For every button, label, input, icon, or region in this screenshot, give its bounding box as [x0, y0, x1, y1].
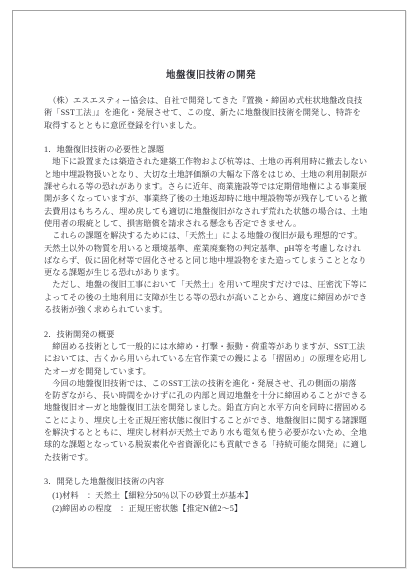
text-line: 天然土以外の物質を用いると環境基準、産業廃棄物の判定基準、pH等を考慮しなけれ — [44, 243, 378, 255]
text-line: 地盤復旧オーガと地盤復旧工法を開発しました。鉛直方向と水平方向を同時に摺固める — [44, 402, 378, 414]
text-line: た技術です。 — [44, 452, 378, 464]
text-line: （株）エスエスティー協会は、自社で開発してきた『置換・締固め式柱状地盤改良技 — [44, 95, 378, 107]
list-item: (2)締固めの程度 ：正規圧密状態【推定N値2～5】 — [44, 502, 378, 515]
text-line: を防ぎながら、長い時間をかけずに孔の内部と周辺地盤を十分に締固めることができる — [44, 390, 378, 402]
document-body: （株）エスエスティー協会は、自社で開発してきた『置換・締固め式柱状地盤改良技術「… — [44, 95, 378, 515]
document-page: 地盤復旧技術の開発 （株）エスエスティー協会は、自社で開発してきた『置換・締固め… — [12, 10, 406, 568]
text-line: ただし、地盤の復旧工事において「天然土」を用いて埋戻すだけでは、圧密沈下等に — [44, 279, 378, 291]
text-line: たオーガを開発しています。 — [44, 366, 378, 378]
text-line: 今回の地盤復旧技術では、このSST工法の技術を進化・発展させ、孔の側面の崩落 — [44, 378, 378, 390]
text-line: 使用者の瑕疵として、損害賠償を請求される懸念も否定できません。 — [44, 218, 378, 230]
text-line: る技術が強く求められています。 — [44, 304, 378, 316]
text-line: 球的な課題となっている脱炭素化や省資源化にも貢献できる「持続可能な開発」に適し — [44, 439, 378, 451]
section-heading: 1．地盤復旧技術の必要性と課題 — [44, 144, 378, 156]
text-line: 締固める技術として一般的には水締め・打撃・振動・荷重等がありますが、SST工法 — [44, 341, 378, 353]
text-line: 去費用はもちろん、埋め戻しても適切に地盤復旧がなされず荒れた状態の場合は、土地 — [44, 206, 378, 218]
text-line: よってその後の土地利用に支障が生じる等の恐れが高いことから、適度に締固めができ — [44, 292, 378, 304]
list-item: (1)材料 ：天然土【細粒分50％以下の砂質土が基本】 — [44, 489, 378, 502]
text-line: ことにより、埋戻し土を正規圧密状態に復旧することができ、地盤復旧に関する諸課題 — [44, 415, 378, 427]
text-line: ばならず、仮に固化材等で固化させると同じ地中埋設物をまた造ってしまうこととなり — [44, 255, 378, 267]
document-content: 地盤復旧技術の開発 （株）エスエスティー協会は、自社で開発してきた『置換・締固め… — [13, 11, 405, 515]
section-heading: 3．開発した地盤復旧技術の内容 — [44, 476, 378, 488]
section-heading: 2．技術開発の概要 — [44, 329, 378, 341]
text-line: においては、古くから用いられている左官作業での鏝による「摺固め」の原理を応用し — [44, 353, 378, 365]
text-line: を解決するとともに、埋戻し材料が天然土であり水も電気も使う必要がないため、全地 — [44, 427, 378, 439]
text-line: 開が多くなっていますが、事業終了後の土地返却時に地中埋設物等が残存していると撤 — [44, 193, 378, 205]
text-line: これらの課題を解決するためには、「天然土」による地盤の復旧が最も理想的です。 — [44, 230, 378, 242]
text-line: 術「SST工法」』を進化・発展させて、この度、新たに地盤復旧技術を開発し、特許を — [44, 107, 378, 119]
text-line: 課せられる等の恐れがあります。さらに近年、商業施設等では定期借地権による事業展 — [44, 181, 378, 193]
text-line: 更なる課題が生じる恐れがあります。 — [44, 267, 378, 279]
text-line: 取得するとともに意匠登録を行いました。 — [44, 120, 378, 132]
page-title: 地盤復旧技術の開発 — [44, 67, 378, 81]
text-line: 地下に設置または築造された建築工作物および杭等は、土地の再利用時に撤去しない — [44, 156, 378, 168]
text-line: と地中埋設物扱いとなり、大切な土地評価額の大幅な下落をはじめ、土地の利用制限が — [44, 169, 378, 181]
